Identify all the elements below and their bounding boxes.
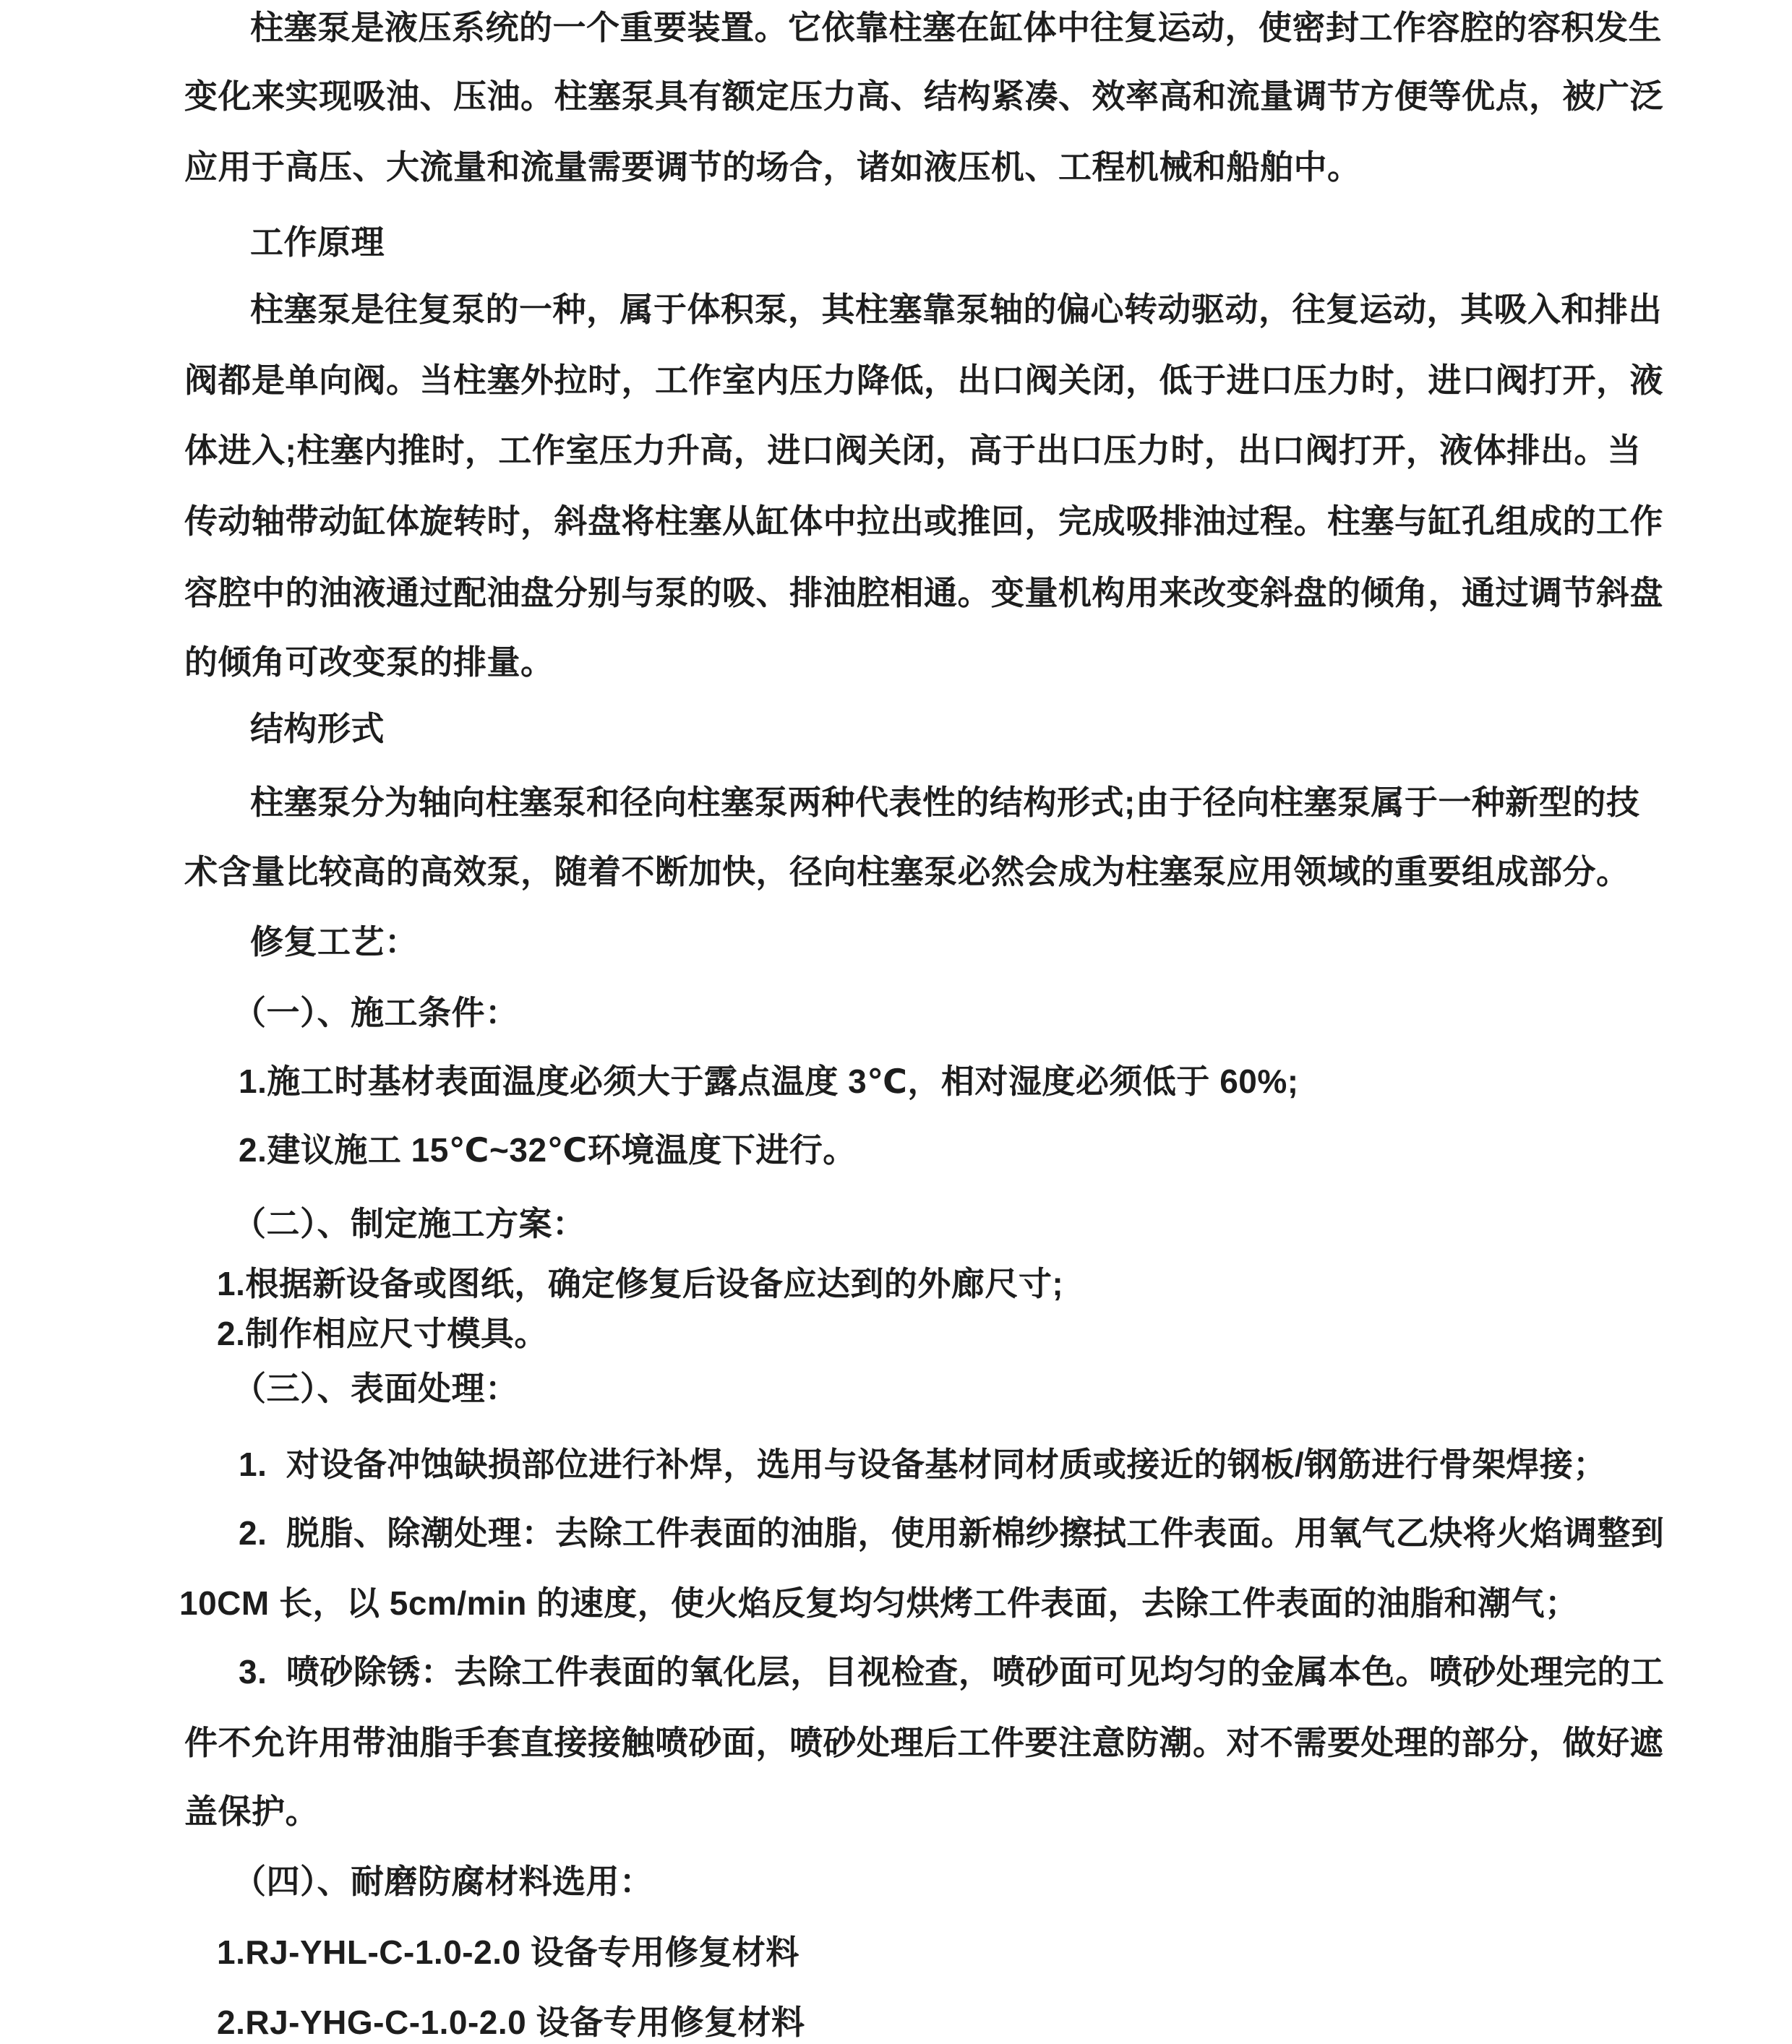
text-line: 术含量比较高的高效泵，随着不断加快，径向柱塞泵必然会成为柱塞泵应用领域的重要组成… — [184, 855, 1630, 888]
text-line: 传动轴带动缸体旋转时，斜盘将柱塞从缸体中拉出或推回，完成吸排油过程。柱塞与缸孔组… — [184, 504, 1663, 538]
text-line: （一）、施工条件： — [233, 996, 519, 1029]
text-line: 10CM 长，以 5cm/min 的速度，使火焰反复均匀烘烤工件表面，去除工件表… — [179, 1586, 1579, 1620]
text-line: 2. 脱脂、除潮处理：去除工件表面的油脂，使用新棉纱擦拭工件表面。用氧气乙炔将火… — [239, 1516, 1664, 1550]
text-line: 2.RJ-YHG-C-1.0-2.0 设备专用修复材料 — [217, 2006, 805, 2039]
text-line: 变化来实现吸油、压油。柱塞泵具有额定压力高、结构紧凑、效率高和流量调节方便等优点… — [184, 80, 1663, 113]
text-line: （二）、制定施工方案： — [233, 1207, 586, 1240]
text-line: 1.RJ-YHL-C-1.0-2.0 设备专用修复材料 — [217, 1936, 799, 1969]
text-line: 阀都是单向阀。当柱塞外拉时，工作室内压力降低，出口阀关闭，低于进口压力时，进口阀… — [184, 364, 1663, 397]
text-line: 2.建议施工 15℃~32℃环境温度下进行。 — [239, 1133, 857, 1167]
text-line: 2.制作相应尺寸模具。 — [217, 1317, 548, 1350]
document-page: 柱塞泵是液压系统的一个重要装置。它依靠柱塞在缸体中往复运动，使密封工作容腔的容积… — [0, 0, 1792, 2044]
text-line: 柱塞泵是液压系统的一个重要装置。它依靠柱塞在缸体中往复运动，使密封工作容腔的容积… — [250, 11, 1662, 44]
text-line: 修复工艺： — [250, 925, 419, 958]
text-line: 容腔中的油液通过配油盘分别与泵的吸、排油腔相通。变量机构用来改变斜盘的倾角，通过… — [184, 576, 1663, 609]
text-line: 应用于高压、大流量和流量需要调节的场合，诸如液压机、工程机械和船舶中。 — [184, 150, 1361, 184]
text-line: 件不允许用带油脂手套直接接触喷砂面，喷砂处理后工件要注意防潮。对不需要处理的部分… — [184, 1726, 1663, 1759]
text-line: 3. 喷砂除锈：去除工件表面的氧化层，目视检查，喷砂面可见均匀的金属本色。喷砂处… — [239, 1655, 1664, 1688]
text-line: 工作原理 — [250, 226, 385, 259]
text-line: （三）、表面处理： — [233, 1372, 519, 1405]
text-line: 体进入;柱塞内推时，工作室压力升高，进口阀关闭，高于出口压力时，出口阀打开，液体… — [184, 434, 1641, 467]
text-line: （四）、耐磨防腐材料选用： — [233, 1865, 653, 1898]
text-line: 盖保护。 — [184, 1795, 319, 1828]
text-line: 结构形式 — [250, 712, 385, 745]
text-line: 1.根据新设备或图纸，确定修复后设备应达到的外廊尺寸; — [217, 1267, 1063, 1300]
text-line: 的倾角可改变泵的排量。 — [184, 645, 554, 679]
text-line: 1. 对设备冲蚀缺损部位进行补焊，选用与设备基材同材质或接近的钢板/钢筋进行骨架… — [239, 1448, 1607, 1481]
text-line: 1.施工时基材表面温度必须大于露点温度 3℃，相对湿度必须低于 60%; — [239, 1065, 1299, 1098]
text-line: 柱塞泵是往复泵的一种，属于体积泵，其柱塞靠泵轴的偏心转动驱动，往复运动，其吸入和… — [250, 293, 1662, 326]
text-line: 柱塞泵分为轴向柱塞泵和径向柱塞泵两种代表性的结构形式;由于径向柱塞泵属于一种新型… — [250, 786, 1639, 819]
